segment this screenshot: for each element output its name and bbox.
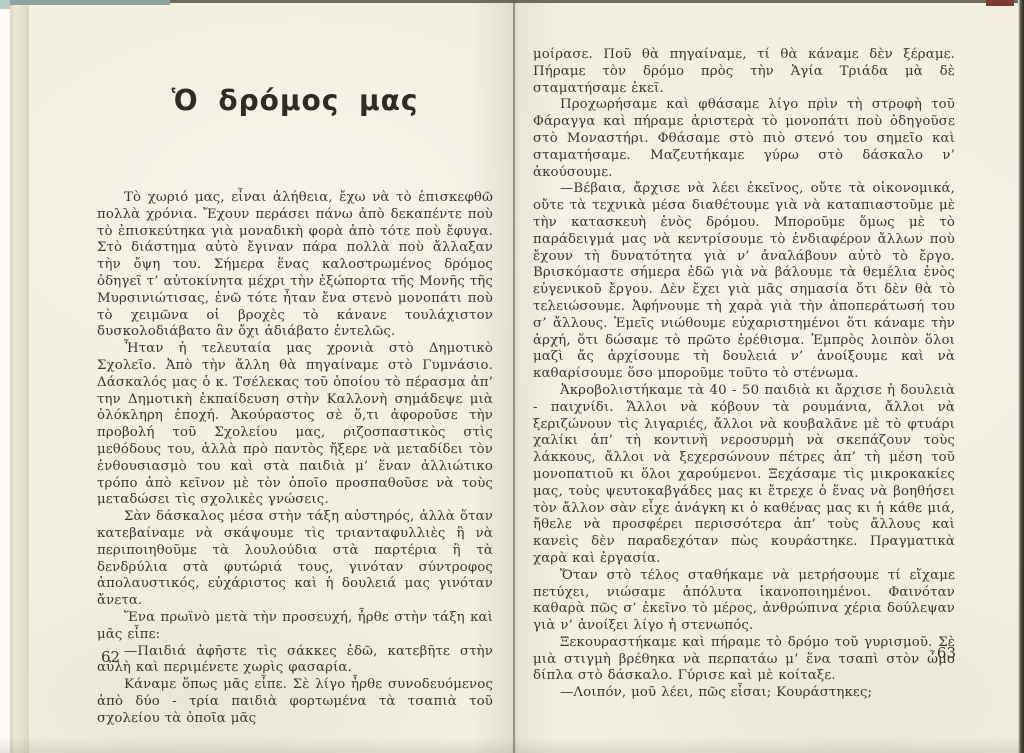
book-scan: Ὁ δρόμος μας Τὸ χωριό μας, εἶναι ἀλήθεια… [0, 0, 1024, 753]
scan-left-margin [0, 0, 10, 753]
paragraph: Κάναμε ὅπως μᾶς εἶπε. Σὲ λίγο ἦρθε συνοδ… [97, 677, 493, 727]
page-right: μοίρασε. Ποῦ θὰ πηγαίναμε, τί θὰ κάναμε … [516, 0, 1018, 753]
right-page-body: μοίρασε. Ποῦ θὰ πηγαίναμε, τί θὰ κάναμε … [533, 47, 955, 702]
chapter-title: Ὁ δρόμος μας [97, 84, 493, 117]
page-number-right: 63 [920, 644, 956, 662]
page-number-left: 62 [101, 648, 120, 666]
paragraph: Ἦταν ἡ τελευταία μας χρονιὰ στὸ Δημοτικὸ… [97, 341, 493, 509]
paragraph: Ἕνα πρωϊνὸ μετὰ τὴν προσευχή, ἦρθε στὴν … [97, 610, 493, 644]
scan-right-edge [1018, 0, 1024, 753]
left-page-body: Τὸ χωριό μας, εἶναι ἀλήθεια, ἔχω νὰ τὸ ἐ… [97, 190, 493, 728]
paragraph: Σὰν δάσκαλος μέσα στὴν τάξη αὐστηρός, ἀλ… [97, 509, 493, 610]
page-edges-left [10, 0, 29, 753]
dialogue-paragraph: —Λοιπόν, μοῦ λέει, πῶς εἶσαι; Κουράστηκε… [533, 685, 955, 702]
paragraph: Ὅταν στὸ τέλος σταθήκαμε νὰ μετρήσουμε τ… [533, 568, 955, 635]
paragraph: Ξεκουραστήκαμε καὶ πήραμε τὸ δρόμο τοῦ γ… [533, 635, 955, 685]
paragraph: Προχωρήσαμε καὶ φθάσαμε λίγο πρὶν τὴ στρ… [533, 97, 955, 181]
paragraph: Τὸ χωριό μας, εἶναι ἀλήθεια, ἔχω νὰ τὸ ἐ… [97, 190, 493, 341]
gutter-fold-line [513, 0, 515, 753]
dialogue-paragraph: —Παιδιά ἀφῆστε τὶς σάκκες ἐδῶ, κατεβῆτε … [97, 644, 493, 678]
page-left: Ὁ δρόμος μας Τὸ χωριό μας, εἶναι ἀλήθεια… [29, 0, 513, 753]
continuation-paragraph: μοίρασε. Ποῦ θὰ πηγαίναμε, τί θὰ κάναμε … [533, 47, 955, 97]
dialogue-paragraph: —Βέβαια, ἄρχισε νὰ λέει ἐκεῖνος, οὔτε τὰ… [533, 181, 955, 383]
scanner-artifact-teal-corner [0, 0, 10, 9]
paragraph: Ἀκροβολιστήκαμε τὰ 40 - 50 παιδιὰ κι ἄρχ… [533, 383, 955, 568]
